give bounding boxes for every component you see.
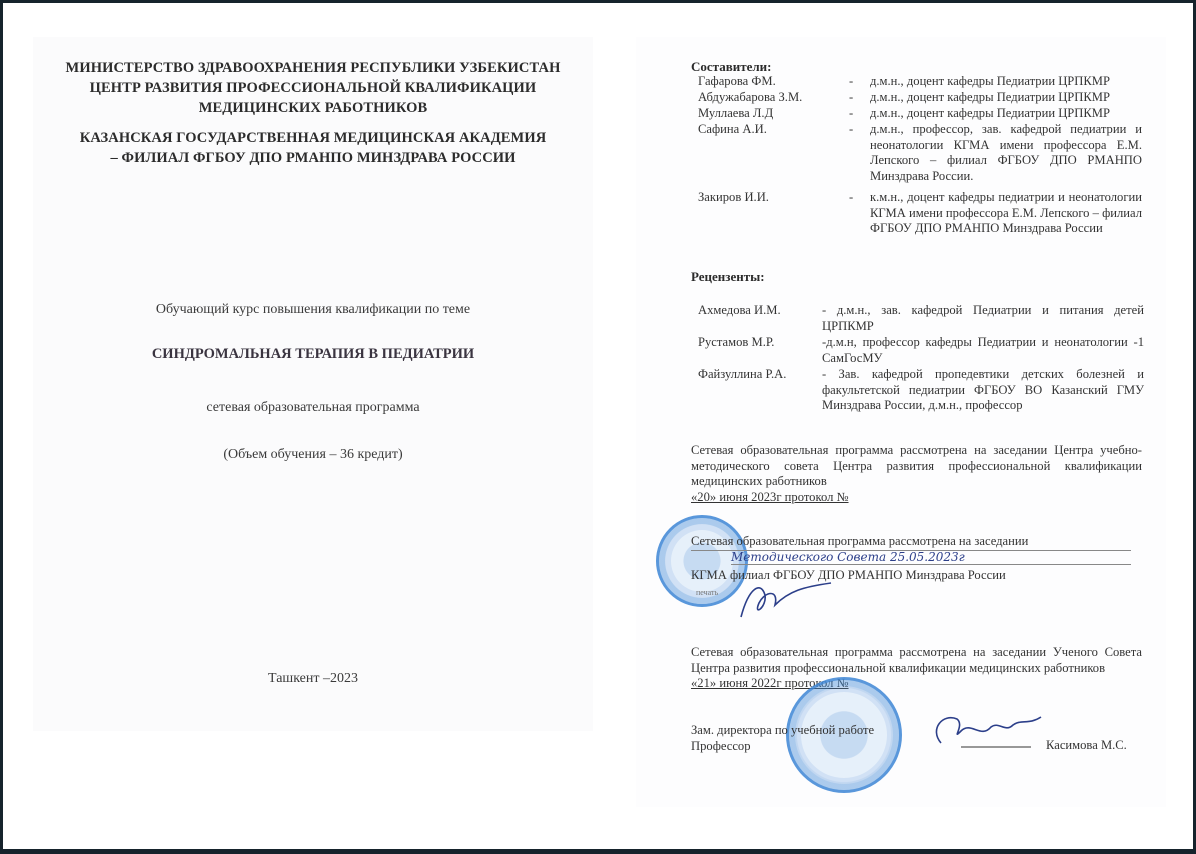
ministry-header-line: ЦЕНТР РАЗВИТИЯ ПРОФЕССИОНАЛЬНОЙ КВАЛИФИК…: [33, 79, 593, 98]
compiler-name: Сафина А.И.: [698, 122, 767, 138]
credits-page: Составители: Гафарова ФМ. - д.м.н., доце…: [636, 37, 1166, 807]
approval-date: «21» июня 2022г протокол №: [691, 676, 1142, 692]
document-viewer: МИНИСТЕРСТВО ЗДРАВООХРАНЕНИЯ РЕСПУБЛИКИ …: [3, 3, 1193, 849]
approval-ucm-council: Сетевая образовательная программа рассмо…: [691, 443, 1142, 505]
approval-kgma-council: Сетевая образовательная программа рассмо…: [691, 534, 1142, 551]
approval-text: Сетевая образовательная программа рассмо…: [691, 443, 1142, 490]
seal-note: печать: [696, 585, 718, 601]
reviewer-name: Файзуллина Р.А.: [698, 367, 786, 383]
approval-date: «20» июня 2023г протокол №: [691, 490, 1142, 506]
compiler-name: Муллаева Л.Д: [698, 106, 773, 122]
approval-academic-council: Сетевая образовательная программа рассмо…: [691, 645, 1142, 692]
city-year: Ташкент –2023: [33, 671, 593, 687]
compiler-row: Закиров И.И. - к.м.н., доцент кафедры пе…: [698, 190, 1143, 254]
ministry-header-line: МЕДИЦИНСКИХ РАБОТНИКОВ: [33, 99, 593, 118]
signatory-name: Касимова М.С.: [1046, 738, 1127, 754]
compiler-row: Сафина А.И. - д.м.н., профессор, зав. ка…: [698, 122, 1143, 186]
course-intro: Обучающий курс повышения квалификации по…: [33, 302, 593, 318]
reviewers-title: Рецензенты:: [691, 269, 765, 285]
compiler-row: Гафарова ФМ. - д.м.н., доцент кафедры Пе…: [698, 74, 1143, 90]
course-title: СИНДРОМАЛЬНАЯ ТЕРАПИЯ В ПЕДИАТРИИ: [33, 346, 593, 363]
compiler-desc: д.м.н., доцент кафедры Педиатрии ЦРПКМР: [870, 74, 1142, 90]
study-volume: (Объем обучения – 36 кредит): [33, 447, 593, 463]
reviewer-name: Рустамов М.Р.: [698, 335, 774, 351]
title-page: МИНИСТЕРСТВО ЗДРАВООХРАНЕНИЯ РЕСПУБЛИКИ …: [33, 37, 593, 731]
signature-icon: [731, 577, 841, 625]
signature-icon: [921, 709, 1051, 751]
compiler-desc: д.м.н., доцент кафедры Педиатрии ЦРПКМР: [870, 90, 1142, 106]
approval-text: Сетевая образовательная программа рассмо…: [691, 534, 1131, 551]
compiler-desc: к.м.н., доцент кафедры педиатрии и неона…: [870, 190, 1142, 237]
reviewer-name: Ахмедова И.М.: [698, 303, 781, 319]
compiler-desc: д.м.н., доцент кафедры Педиатрии ЦРПКМР: [870, 106, 1142, 122]
academy-header-line: – ФИЛИАЛ ФГБОУ ДПО РМАНПО МИНЗДРАВА РОСС…: [33, 149, 593, 168]
academy-header-line: КАЗАНСКАЯ ГОСУДАРСТВЕННАЯ МЕДИЦИНСКАЯ АК…: [33, 129, 593, 148]
reviewer-desc: -д.м.н, профессор кафедры Педиатрии и не…: [822, 335, 1144, 366]
compiler-name: Абдужабарова З.М.: [698, 90, 802, 106]
compiler-name: Гафарова ФМ.: [698, 74, 776, 90]
reviewer-row: Ахмедова И.М. - д.м.н., зав. кафедрой Пе…: [698, 303, 1143, 335]
reviewer-desc: - д.м.н., зав. кафедрой Педиатрии и пита…: [822, 303, 1144, 334]
handwritten-council-date: Методического Совета 25.05.2023г: [731, 550, 1131, 565]
ministry-header-line: МИНИСТЕРСТВО ЗДРАВООХРАНЕНИЯ РЕСПУБЛИКИ …: [33, 59, 593, 78]
compiler-row: Абдужабарова З.М. - д.м.н., доцент кафед…: [698, 90, 1143, 106]
compiler-row: Муллаева Л.Д - д.м.н., доцент кафедры Пе…: [698, 106, 1143, 122]
compilers-title: Составители:: [691, 59, 771, 75]
reviewer-row: Рустамов М.Р. -д.м.н, профессор кафедры …: [698, 335, 1143, 367]
program-type: сетевая образовательная программа: [33, 400, 593, 416]
signatory-role: Зам. директора по учебной работе Професс…: [691, 723, 891, 754]
reviewer-row: Файзуллина Р.А. - Зав. кафедрой пропедев…: [698, 367, 1143, 415]
reviewer-desc: - Зав. кафедрой пропедевтики детских бол…: [822, 367, 1144, 414]
approval-text: Сетевая образовательная программа рассмо…: [691, 645, 1142, 676]
compiler-name: Закиров И.И.: [698, 190, 769, 206]
compiler-desc: д.м.н., профессор, зав. кафедрой педиатр…: [870, 122, 1142, 184]
